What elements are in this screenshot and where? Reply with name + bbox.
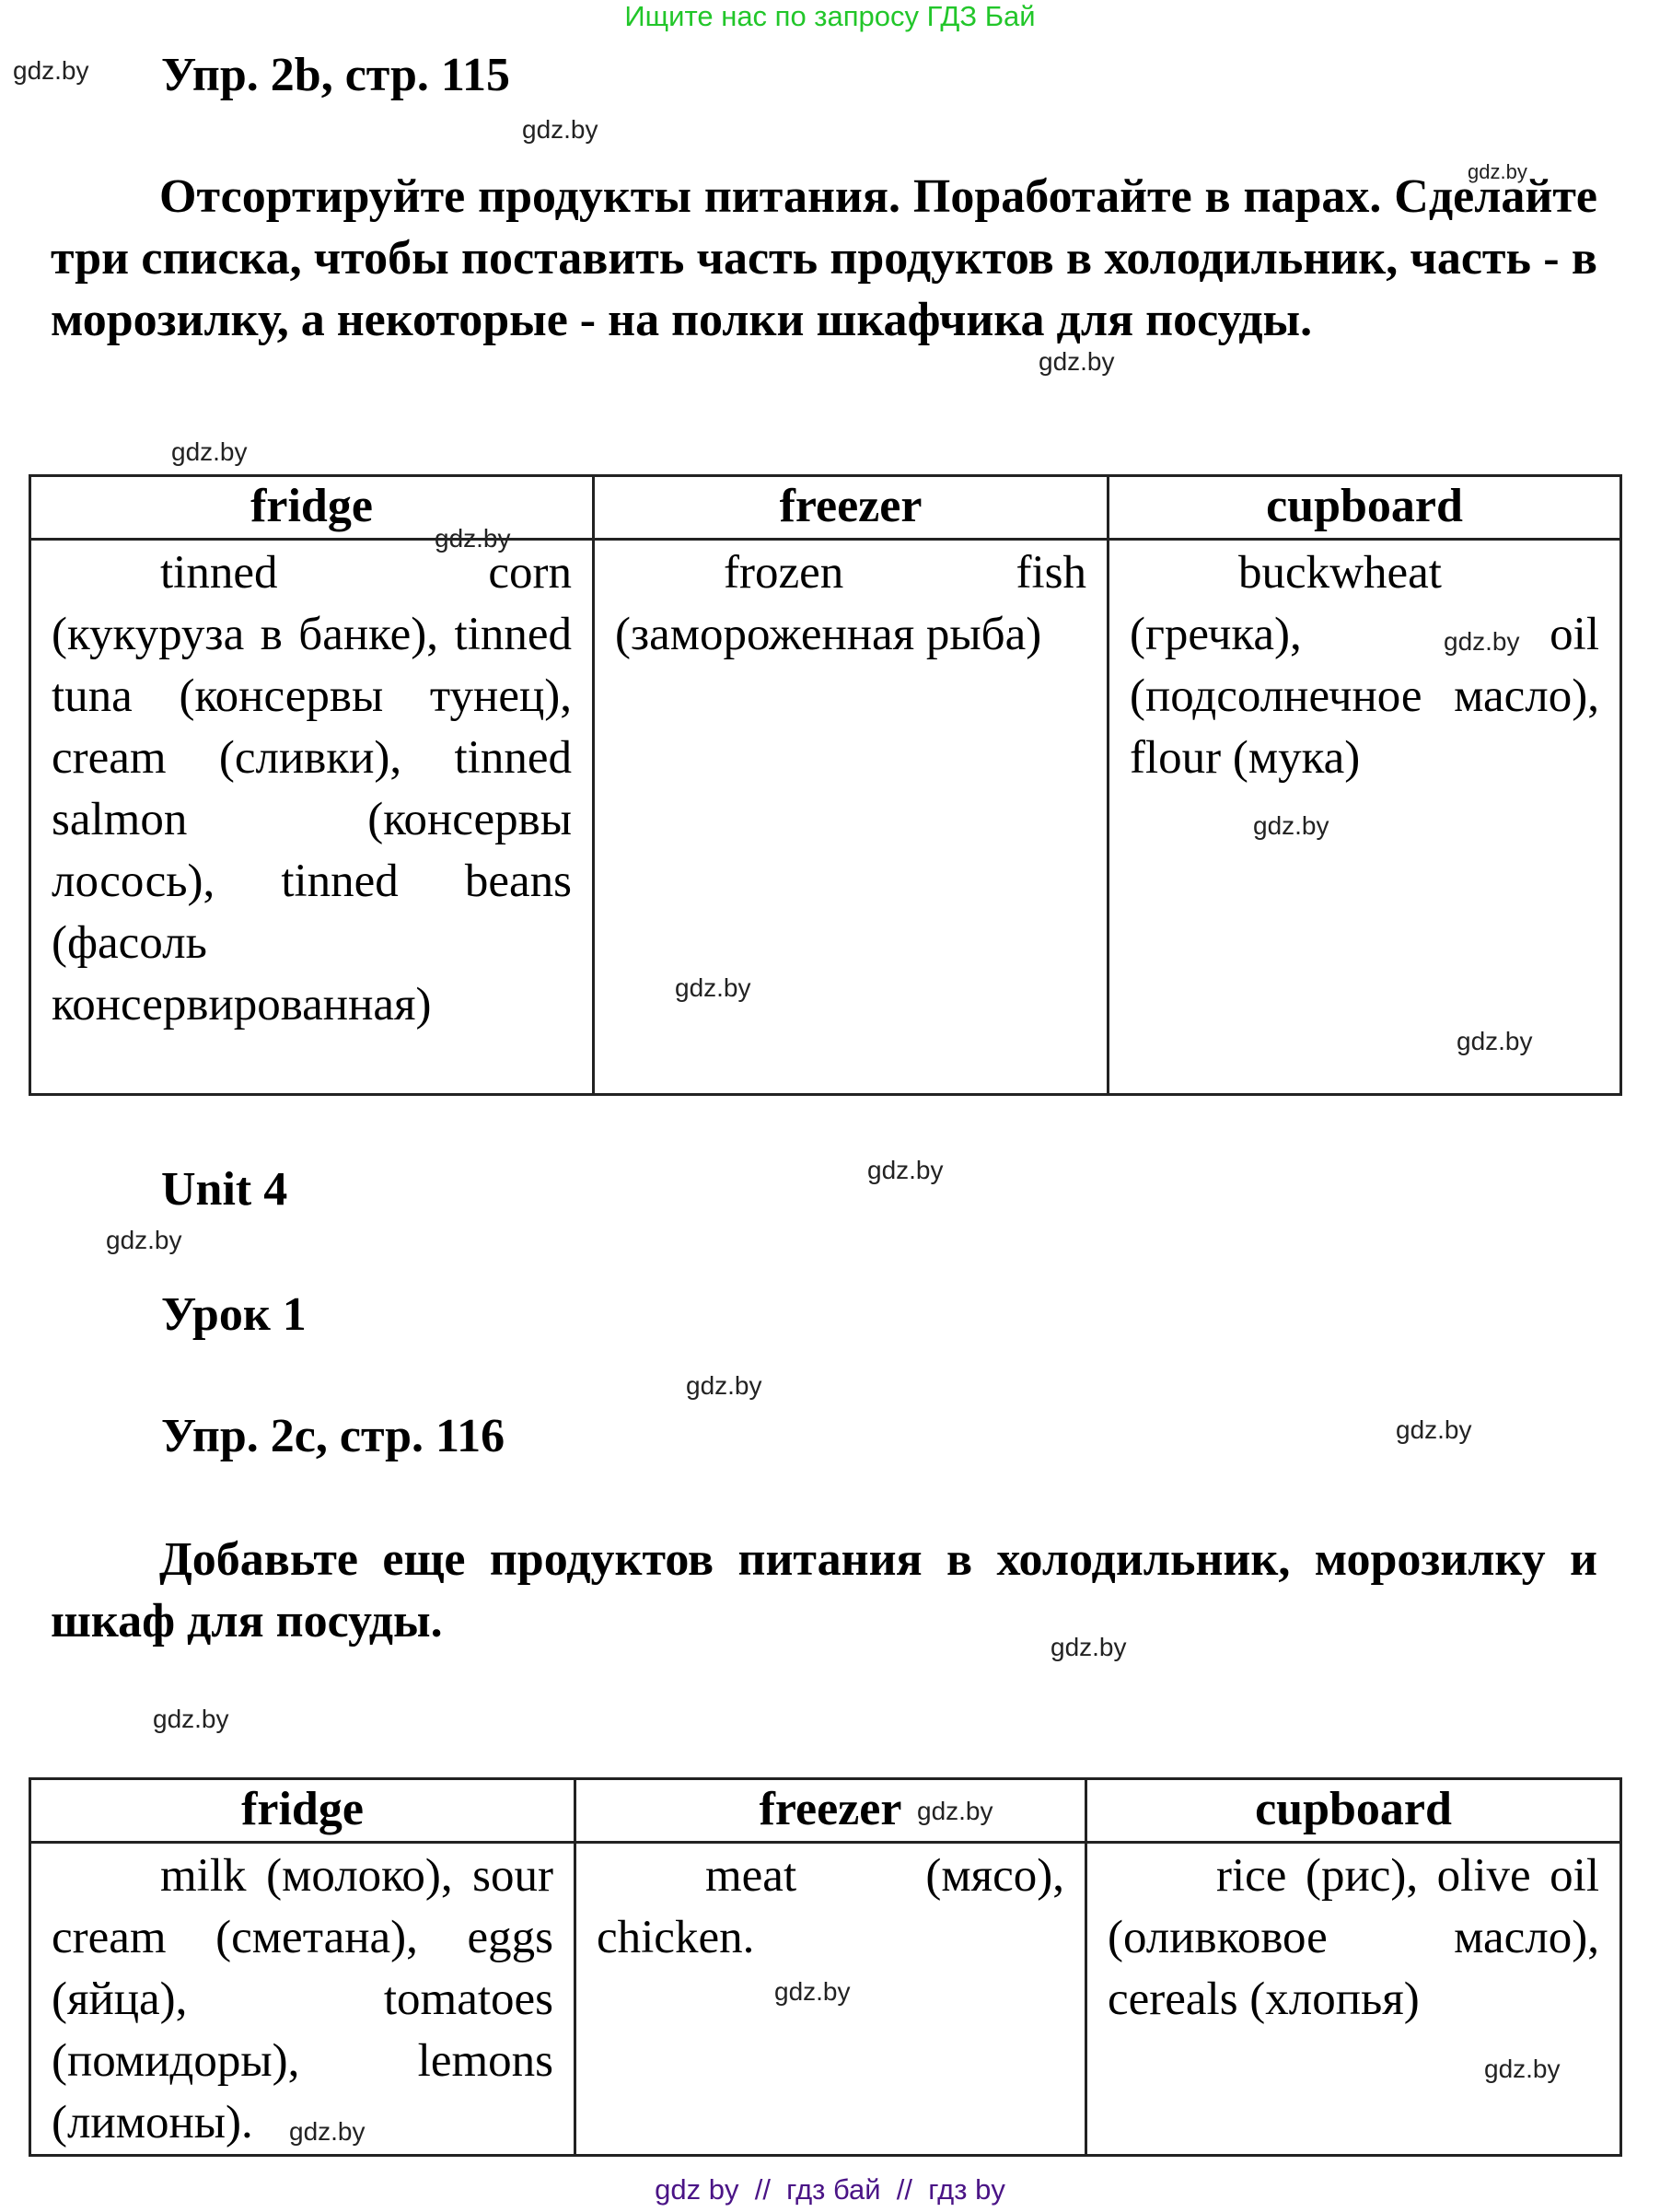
- watermark: gdz.by: [917, 1798, 993, 1825]
- watermark: gdz.by: [435, 525, 511, 553]
- fridge-items: tinned corn (кукуруза в банке), tinned t…: [52, 542, 572, 1036]
- watermark: gdz.by: [1039, 348, 1115, 376]
- column-header-cupboard: cupboard: [1086, 1779, 1621, 1843]
- freezer-items: meat (мясо), chicken.: [597, 1845, 1064, 1969]
- exercise-2-table: fridge freezer cupboard milk (молоко), s…: [29, 1777, 1622, 2157]
- exercise-2-instruction-text: Добавьте еще продуктов питания в холодил…: [51, 1533, 1597, 1647]
- lesson-heading: Урок 1: [161, 1287, 307, 1343]
- cupboard-cell: buckwheat (гречка), oil (подсолнечное ма…: [1109, 540, 1621, 1095]
- table-header-row: fridge freezer cupboard: [30, 476, 1621, 540]
- exercise-2-instruction: Добавьте еще продуктов питания в холодил…: [51, 1529, 1597, 1652]
- table-row: tinned corn (кукуруза в банке), tinned t…: [30, 540, 1621, 1095]
- column-header-freezer: freezer: [575, 1779, 1086, 1843]
- freezer-items: frozen fish (замороженная рыба): [615, 542, 1086, 666]
- cupboard-items: buckwheat (гречка), oil (подсолнечное ма…: [1130, 542, 1599, 789]
- exercise-1-instruction-text: Отсортируйте продукты питания. Поработай…: [51, 170, 1597, 346]
- watermark: gdz.by: [1444, 628, 1520, 656]
- watermark: gdz.by: [1051, 1634, 1127, 1661]
- watermark: gdz.by: [774, 1978, 851, 2006]
- cupboard-cell: rice (рис), olive oil (оливковое масло),…: [1086, 1843, 1621, 2156]
- table-header-row: fridge freezer cupboard: [30, 1779, 1621, 1843]
- watermark: gdz.by: [106, 1227, 182, 1254]
- cupboard-items: rice (рис), olive oil (оливковое масло),…: [1108, 1845, 1599, 2031]
- exercise-1-title: Упр. 2b, стр. 115: [161, 48, 510, 103]
- freezer-cell: frozen fish (замороженная рыба): [594, 540, 1109, 1095]
- watermark: gdz.by: [675, 974, 751, 1002]
- watermark: gdz.by: [1468, 158, 1527, 186]
- watermark: gdz.by: [686, 1372, 762, 1400]
- watermark: gdz.by: [1396, 1416, 1472, 1444]
- exercise-1-instruction: Отсортируйте продукты питания. Поработай…: [51, 166, 1597, 351]
- watermark: gdz.by: [13, 57, 89, 85]
- watermark: gdz.by: [867, 1157, 944, 1184]
- watermark: gdz.by: [1253, 812, 1329, 840]
- column-header-fridge: fridge: [30, 1779, 575, 1843]
- search-banner[interactable]: Ищите нас по запросу ГДЗ Бай: [0, 0, 1660, 33]
- watermark: gdz.by: [1484, 2055, 1561, 2083]
- watermark: gdz.by: [1457, 1028, 1533, 1055]
- watermark: gdz.by: [289, 2118, 366, 2146]
- watermark: gdz.by: [153, 1706, 229, 1733]
- column-header-cupboard: cupboard: [1109, 476, 1621, 540]
- fridge-cell: milk (молоко), sour cream (сметана), egg…: [30, 1843, 575, 2156]
- unit-heading: Unit 4: [161, 1162, 287, 1217]
- column-header-freezer: freezer: [594, 476, 1109, 540]
- exercise-2-title: Упр. 2c, стр. 116: [161, 1409, 505, 1464]
- exercise-1-table: fridge freezer cupboard tinned corn (кук…: [29, 474, 1622, 1096]
- watermark: gdz.by: [522, 116, 598, 144]
- fridge-cell: tinned corn (кукуруза в банке), tinned t…: [30, 540, 594, 1095]
- footer-links[interactable]: gdz by // гдз бай // гдз by: [0, 2171, 1660, 2208]
- fridge-items: milk (молоко), sour cream (сметана), egg…: [52, 1845, 553, 2154]
- watermark: gdz.by: [171, 438, 248, 466]
